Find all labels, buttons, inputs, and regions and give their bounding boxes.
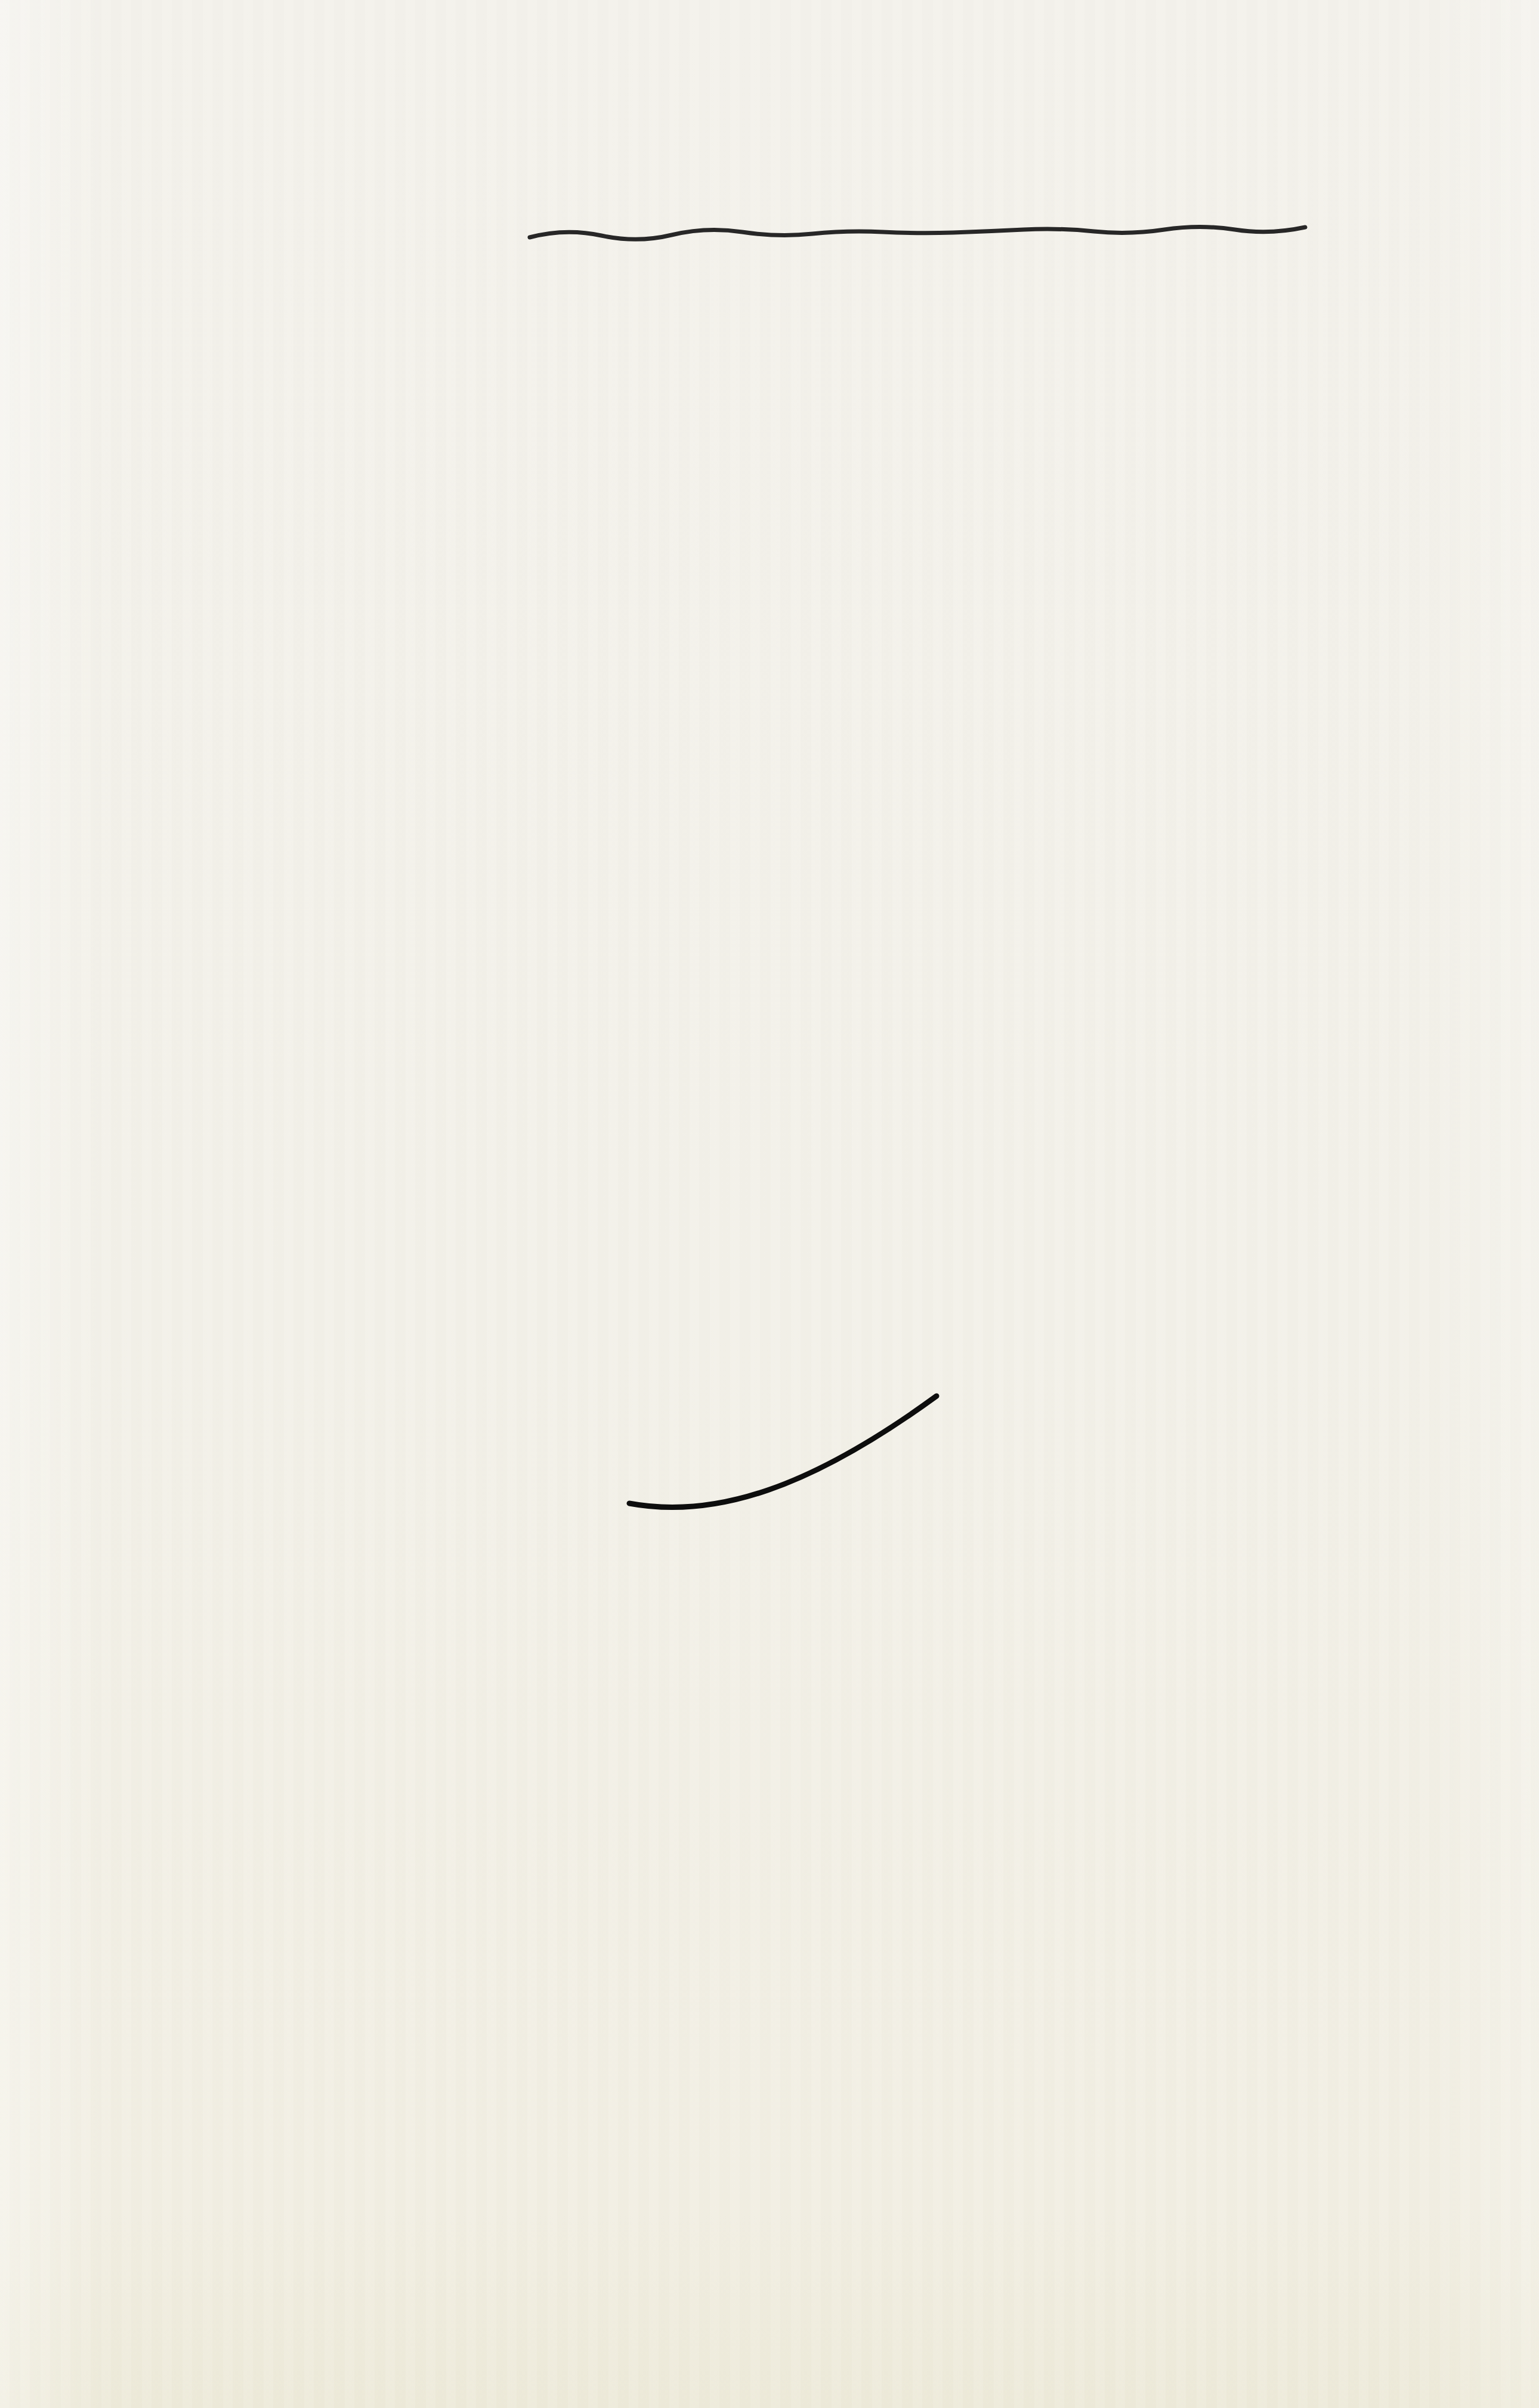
signature-flourish	[614, 1381, 960, 1521]
watermark-figures-band	[0, 1143, 1539, 1259]
hand-wavy-line	[525, 217, 1360, 253]
scanned-questionnaire-page	[0, 0, 1539, 2408]
